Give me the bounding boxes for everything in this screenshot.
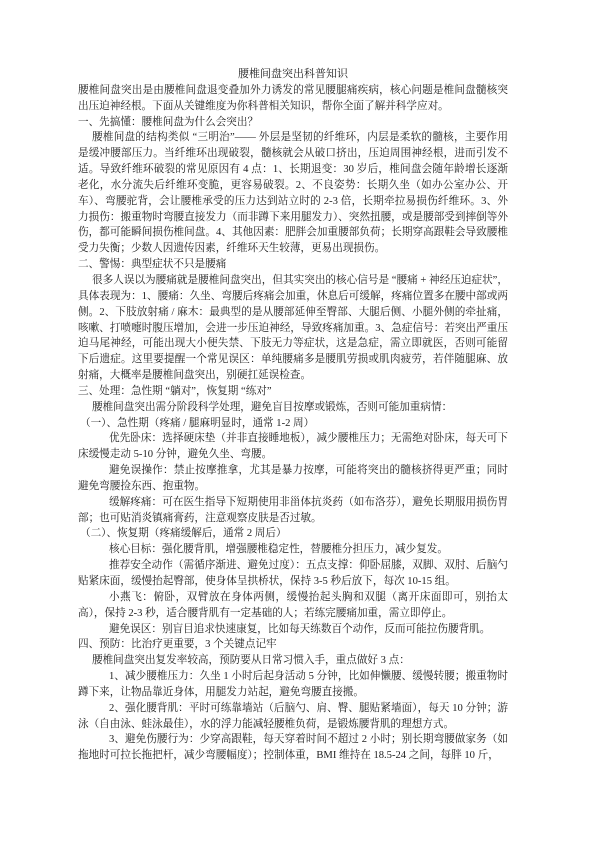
paragraph: 腰椎间盘突出复发率较高，预防要从日常习惯入手，重点做好 3 点： [78,653,508,669]
sub-paragraph: 避免误区：别盲目追求快速康复，比如每天练数百个动作，反而可能拉伤腰背肌。 [78,622,508,638]
document-page: 腰椎间盘突出科普知识 腰椎间盘突出是由腰椎间盘退变叠加外力诱发的常见腰腿痛疾病，… [0,0,595,841]
document-body: 腰椎间盘突出是由腰椎间盘退变叠加外力诱发的常见腰腿痛疾病，核心问题是椎间盘髓核突… [78,83,508,764]
sub-paragraph: 3、避免伤腰行为：少穿高跟鞋，每天穿着时间不超过 2 小时；别长期弯腰做家务（如… [78,732,508,764]
sub-paragraph: 缓解疼痛：可在医生指导下短期使用非甾体抗炎药（如布洛芬），避免长期服用损伤胃部；… [78,495,508,527]
section-heading: 三、处理：急性期 “躺对”，恢复期 “练对” [78,384,508,400]
sub-paragraph: 1、减少腰椎压力：久坐 1 小时后起身活动 5 分钟，比如伸懒腰、缓慢转腰；搬重… [78,669,508,701]
section-heading: 四、预防：比治疗更重要，3 个关键点记牢 [78,637,508,653]
sub-paragraph: 避免误操作：禁止按摩推拿，尤其是暴力按摩，可能将突出的髓核挤得更严重；同时避免弯… [78,463,508,495]
sub-paragraph: 2、强化腰背肌：平时可练靠墙站（后脑勺、肩、臀、腿贴紧墙面），每天 10 分钟；… [78,701,508,733]
sub-paragraph: 核心目标：强化腰背肌，增强腰椎稳定性，替腰椎分担压力，减少复发。 [78,542,508,558]
list-item-heading: （二）、恢复期（疼痛缓解后，通常 2 周后） [78,526,508,542]
sub-paragraph: 小燕飞：俯卧，双臂放在身体两侧，缓慢抬起头胸和双腿（离开床面即可，别抬太高），保… [78,590,508,622]
paragraph: 腰椎间盘的结构类似 “三明治”—— 外层是坚韧的纤维环，内层是柔软的髓核，主要作… [78,130,508,257]
sub-paragraph: 推荐安全动作（需循序渐进、避免过度）：五点支撑：仰卧屈膝，双脚、双肘、后脑勺贴紧… [78,558,508,590]
section-heading: 一、先搞懂：腰椎间盘为什么会突出？ [78,115,508,131]
document-title: 腰椎间盘突出科普知识 [78,67,508,83]
section-heading: 二、警惕：典型症状不只是腰痛 [78,257,508,273]
list-item-heading: （一）、急性期（疼痛 / 腿麻明显时，通常 1-2 周） [78,416,508,432]
sub-paragraph: 优先卧床：选择硬床垫（并非直接睡地板），减少腰椎压力；无需绝对卧床，每天可下床缓… [78,431,508,463]
paragraph: 很多人误以为腰痛就是腰椎间盘突出，但其实突出的核心信号是 “腰痛 + 神经压迫症… [78,273,508,384]
paragraph: 腰椎间盘突出需分阶段科学处理，避免盲目按摩或锻炼，否则可能加重病情： [78,400,508,416]
paragraph: 腰椎间盘突出是由腰椎间盘退变叠加外力诱发的常见腰腿痛疾病，核心问题是椎间盘髓核突… [78,83,508,115]
